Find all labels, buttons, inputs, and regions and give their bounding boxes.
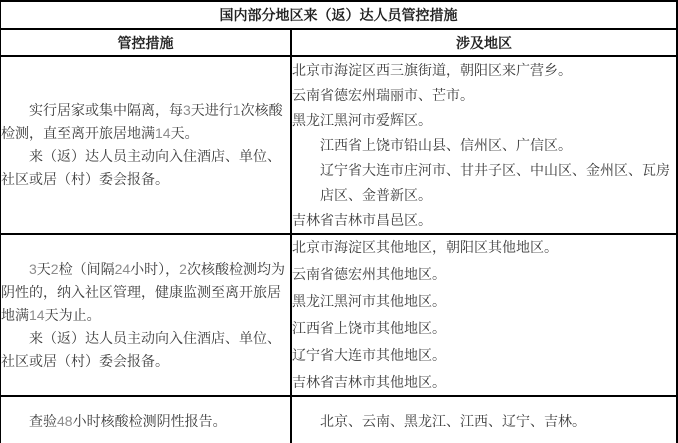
region-line: 吉林省吉林市昌邑区。 [292,208,676,233]
measures-cell-row1: 实行居家或集中隔离，每3天进行1次核酸检测，直至离开旅居地满14天。 来（返）达… [1,57,290,235]
regions-cell-row2: 北京市海淀区其他地区，朝阳区其他地区。 云南省德宏州其他地区。 黑龙江黑河市其他… [290,235,676,397]
control-measures-table: 国内部分地区来（返）达人员管控措施 管控措施 涉及地区 实行居家或集中隔离，每3… [0,0,678,443]
measure-paragraph: 来（返）达人员主动向入住酒店、单位、社区或居（村）委会报备。 [1,145,290,191]
region-line: 吉林省吉林市其他地区。 [292,369,676,396]
region-line: 黑龙江黑河市爱辉区。 [292,108,676,133]
region-line: 北京、云南、黑龙江、江西、辽宁、吉林。 [292,410,676,433]
region-line: 北京市海淀区其他地区，朝阳区其他地区。 [292,235,676,261]
measure-paragraph: 查验48小时核酸检测阴性报告。 [1,410,290,433]
measure-paragraph: 来（返）达人员主动向入住酒店、单位、社区或居（村）委会报备。 [1,327,290,373]
column-header-regions: 涉及地区 [290,30,676,57]
region-line: 北京市海淀区西三旗街道，朝阳区来广营乡。 [292,58,676,83]
table-title: 国内部分地区来（返）达人员管控措施 [1,2,676,30]
region-line: 云南省德宏州其他地区。 [292,261,676,288]
measures-cell-row2: 3天2检（间隔24小时），2次核酸检测均为阴性的，纳入社区管理，健康监测至离开旅… [1,235,290,397]
measures-cell-row3: 查验48小时核酸检测阴性报告。 [1,397,290,443]
region-line: 辽宁省大连市庄河市、甘井子区、中山区、金州区、瓦房店区、金普新区。 [292,158,676,208]
region-line: 黑龙江黑河市其他地区。 [292,288,676,315]
region-line: 云南省德宏州瑞丽市、芒市。 [292,83,676,108]
regions-cell-row3: 北京、云南、黑龙江、江西、辽宁、吉林。 [290,397,676,443]
region-line: 江西省上饶市其他地区。 [292,315,676,342]
measure-paragraph: 3天2检（间隔24小时），2次核酸检测均为阴性的，纳入社区管理，健康监测至离开旅… [1,258,290,327]
region-line: 辽宁省大连市其他地区。 [292,342,676,369]
region-line: 江西省上饶市铅山县、信州区、广信区。 [292,133,676,158]
regions-cell-row1: 北京市海淀区西三旗街道，朝阳区来广营乡。 云南省德宏州瑞丽市、芒市。 黑龙江黑河… [290,57,676,235]
measure-paragraph: 实行居家或集中隔离，每3天进行1次核酸检测，直至离开旅居地满14天。 [1,99,290,145]
column-header-measures: 管控措施 [1,30,290,57]
